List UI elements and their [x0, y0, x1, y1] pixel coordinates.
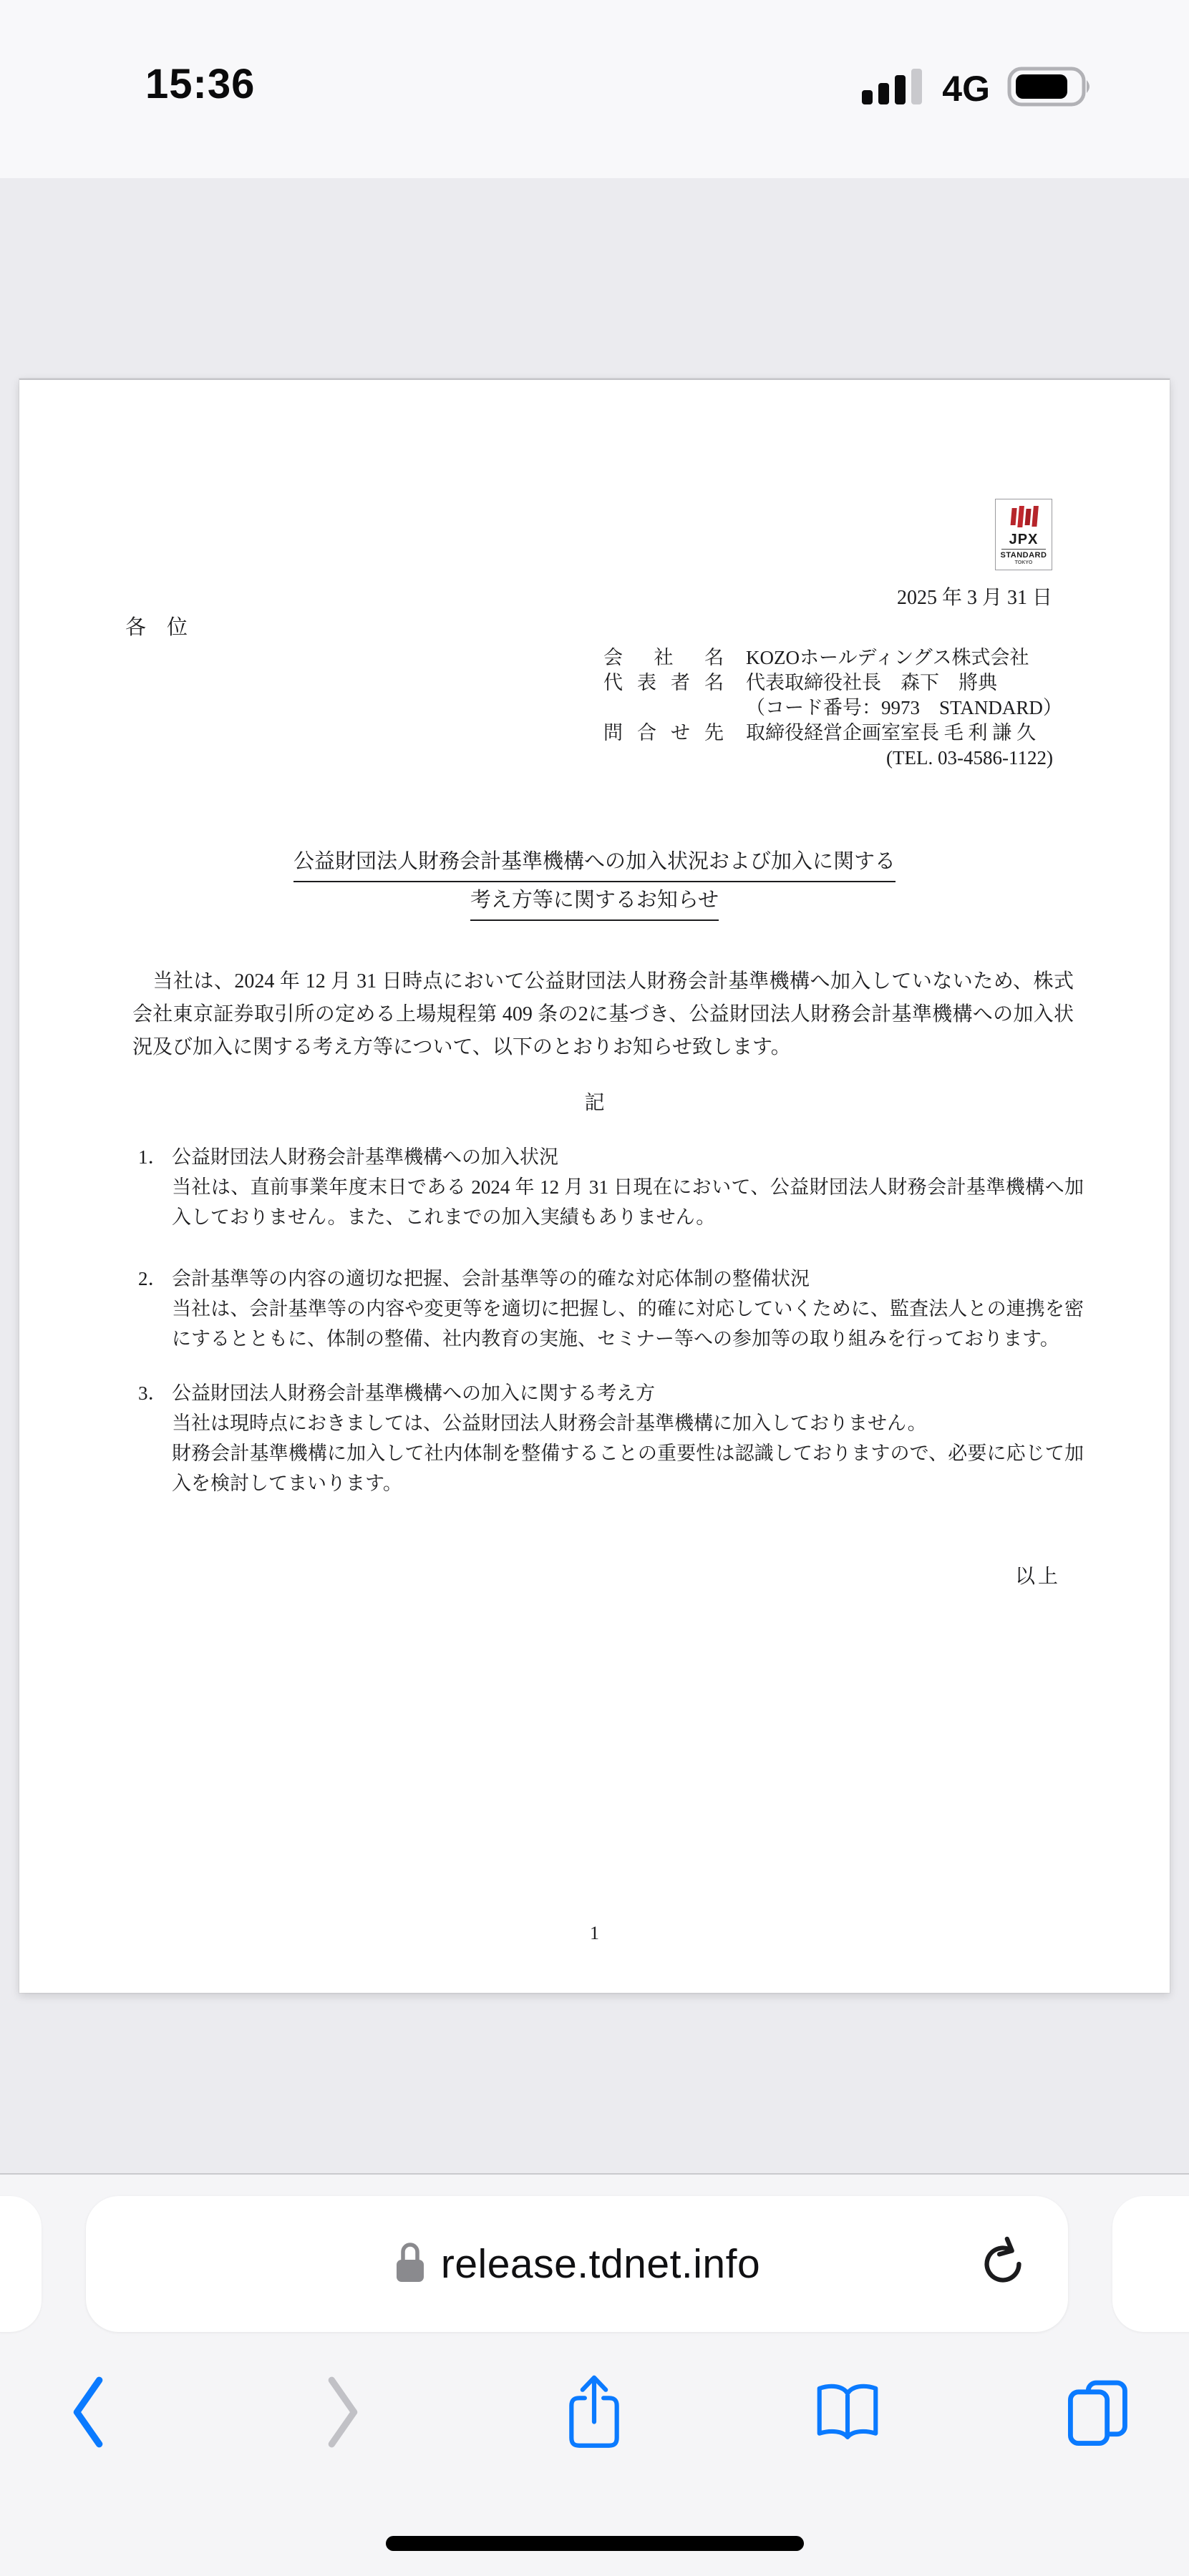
company-label: 会社名: [603, 645, 724, 670]
address-bar[interactable]: release.tdnet.info: [86, 2196, 1068, 2332]
share-button[interactable]: [551, 2369, 637, 2455]
company-value: （コード番号：9973 STANDARD）: [746, 696, 1053, 721]
url-text: release.tdnet.info: [441, 2240, 760, 2288]
browser-bottom-chrome: release.tdnet.info: [0, 2175, 1189, 2576]
back-button[interactable]: [44, 2369, 130, 2455]
doc-title: 公益財団法人財務会計基準機構への加入状況および加入に関する 考え方等に関するお知…: [19, 844, 1170, 921]
reload-button[interactable]: [971, 2232, 1035, 2296]
reload-icon: [975, 2236, 1031, 2292]
battery-icon: [1007, 66, 1096, 111]
section-heading: 公益財団法人財務会計基準機構への加入状況: [172, 1143, 558, 1172]
company-value: (TEL. 03-4586-1122): [886, 747, 1053, 769]
status-indicators: 4G: [862, 66, 1096, 111]
home-indicator[interactable]: [386, 2536, 804, 2551]
company-row: （コード番号：9973 STANDARD）: [603, 696, 1053, 721]
iphone-screen: 15:36 4G: [0, 0, 1189, 2576]
jpx-logo: JPX STANDARD TOKYO: [995, 499, 1052, 570]
record-mark: 記: [19, 1087, 1170, 1116]
network-type-label: 4G: [942, 68, 990, 109]
jpx-logo-name: JPX: [1009, 532, 1039, 547]
content-viewport[interactable]: JPX STANDARD TOKYO 2025 年 3 月 31 日 各 位 会…: [0, 178, 1189, 2173]
forward-button[interactable]: [301, 2369, 387, 2455]
clock: 15:36: [145, 60, 255, 108]
company-row: 問合せ先 取締役経営企画室室長 毛 利 謙 久: [603, 721, 1053, 746]
signal-strength-icon: [862, 67, 925, 109]
section-body: 当社は現時点におきましては、公益財団法人財務会計基準機構に加入しておりません。 …: [172, 1408, 1084, 1498]
tabs-button[interactable]: [1054, 2369, 1140, 2455]
section-body: 当社は、直前事業年度末日である 2024 年 12 月 31 日現在において、公…: [172, 1172, 1084, 1232]
company-row: 代表者名 代表取締役社長 森下 將典: [603, 670, 1053, 696]
previous-tab-stub[interactable]: [0, 2196, 42, 2332]
doc-closing: 以上: [1015, 1561, 1061, 1589]
browser-toolbar: [0, 2369, 1189, 2477]
jpx-logo-tier: STANDARD: [1001, 552, 1047, 560]
section-heading: 公益財団法人財務会計基準機構への加入に関する考え方: [172, 1379, 655, 1408]
company-info-block: 会社名 KOZOホールディングス株式会社 代表者名 代表取締役社長 森下 將典 …: [603, 645, 1053, 771]
section-2: 2． 会計基準等の内容の適切な把握、会計基準等の的確な対応体制の整備状況 当社は…: [138, 1264, 1103, 1354]
company-label: 代表者名: [603, 670, 724, 696]
status-bar: 15:36 4G: [0, 0, 1189, 178]
company-row: 会社名 KOZOホールディングス株式会社: [603, 645, 1053, 670]
doc-title-line2: 考え方等に関するお知らせ: [470, 882, 719, 921]
next-tab-stub[interactable]: [1112, 2196, 1189, 2332]
section-number: 2．: [138, 1264, 172, 1294]
company-label: 問合せ先: [603, 721, 724, 746]
doc-date: 2025 年 3 月 31 日: [897, 582, 1052, 610]
pdf-page: JPX STANDARD TOKYO 2025 年 3 月 31 日 各 位 会…: [19, 379, 1170, 1993]
company-row: (TEL. 03-4586-1122): [603, 746, 1053, 771]
company-value: KOZOホールディングス株式会社: [746, 645, 1029, 670]
chevron-right-icon: [325, 2375, 362, 2449]
section-number: 1．: [138, 1143, 172, 1172]
section-heading: 会計基準等の内容の適切な把握、会計基準等の的確な対応体制の整備状況: [172, 1264, 810, 1294]
open-book-icon: [813, 2380, 882, 2444]
tabs-icon: [1064, 2379, 1131, 2446]
page-number: 1: [19, 1923, 1170, 1944]
jpx-bars-icon: [1008, 505, 1039, 532]
section-3: 3． 公益財団法人財務会計基準機構への加入に関する考え方 当社は現時点におきまし…: [138, 1379, 1103, 1498]
chevron-left-icon: [69, 2375, 106, 2449]
doc-recipient: 各 位: [125, 611, 188, 640]
company-value: 代表取締役社長 森下 將典: [746, 670, 997, 696]
section-body: 当社は、会計基準等の内容や変更等を適切に把握し、的確に対応していくために、監査法…: [172, 1294, 1084, 1354]
section-number: 3．: [138, 1379, 172, 1408]
company-value: 取締役経営企画室室長 毛 利 謙 久: [746, 721, 1036, 746]
lock-icon: [394, 2240, 427, 2288]
bookmarks-button[interactable]: [805, 2369, 890, 2455]
share-icon: [563, 2372, 625, 2452]
jpx-logo-rule: [1001, 549, 1046, 550]
section-1: 1． 公益財団法人財務会計基準機構への加入状況 当社は、直前事業年度末日である …: [138, 1143, 1103, 1232]
doc-title-line1: 公益財団法人財務会計基準機構への加入状況および加入に関する: [293, 844, 896, 882]
jpx-logo-exchange: TOKYO: [1015, 560, 1033, 566]
doc-intro: 当社は、2024 年 12 月 31 日時点において公益財団法人財務会計基準機構…: [132, 965, 1074, 1064]
